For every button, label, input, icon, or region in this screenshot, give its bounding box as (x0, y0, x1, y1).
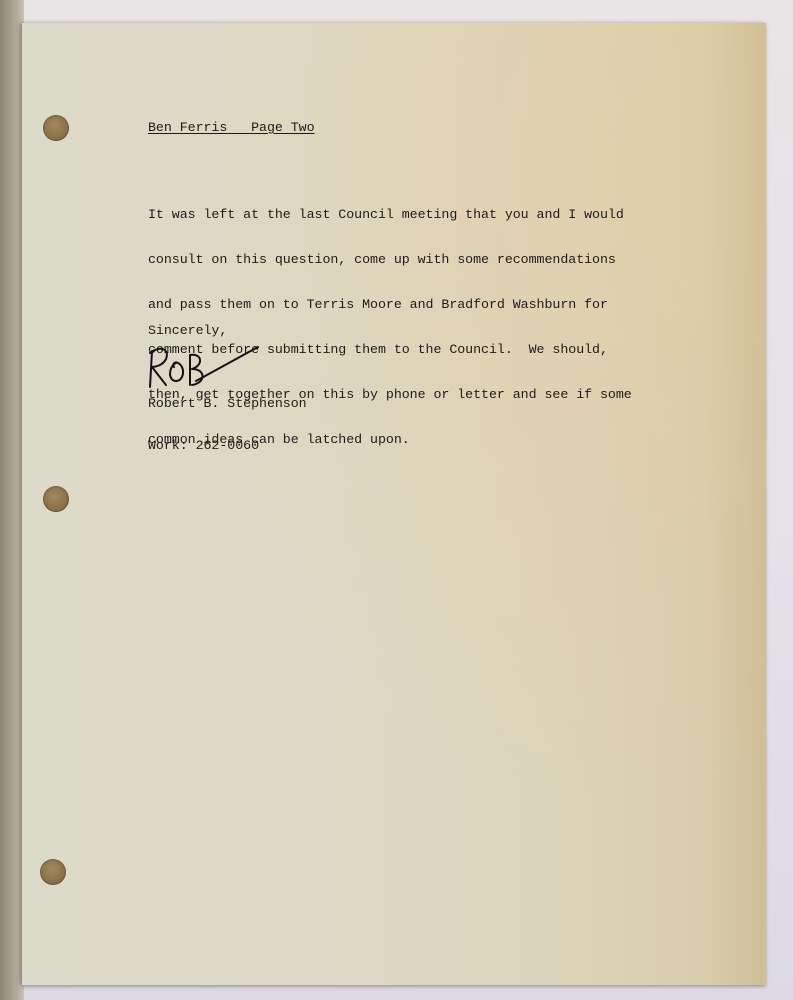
letter-page: Ben Ferris Page Two It was left at the l… (22, 23, 766, 985)
contact-phone: Work: 262-0060 (148, 438, 259, 453)
handwritten-signature (146, 341, 266, 393)
punch-hole (43, 115, 69, 141)
punch-hole (43, 486, 69, 512)
body-line: and pass them on to Terris Moore and Bra… (148, 297, 632, 312)
body-line: consult on this question, come up with s… (148, 252, 632, 267)
signer-name: Robert B. Stephenson (148, 396, 307, 411)
closing: Sincerely, (148, 323, 227, 338)
page-header: Ben Ferris Page Two (148, 120, 315, 135)
table-background (0, 0, 24, 1000)
punch-hole (40, 859, 66, 885)
body-line: It was left at the last Council meeting … (148, 207, 632, 222)
